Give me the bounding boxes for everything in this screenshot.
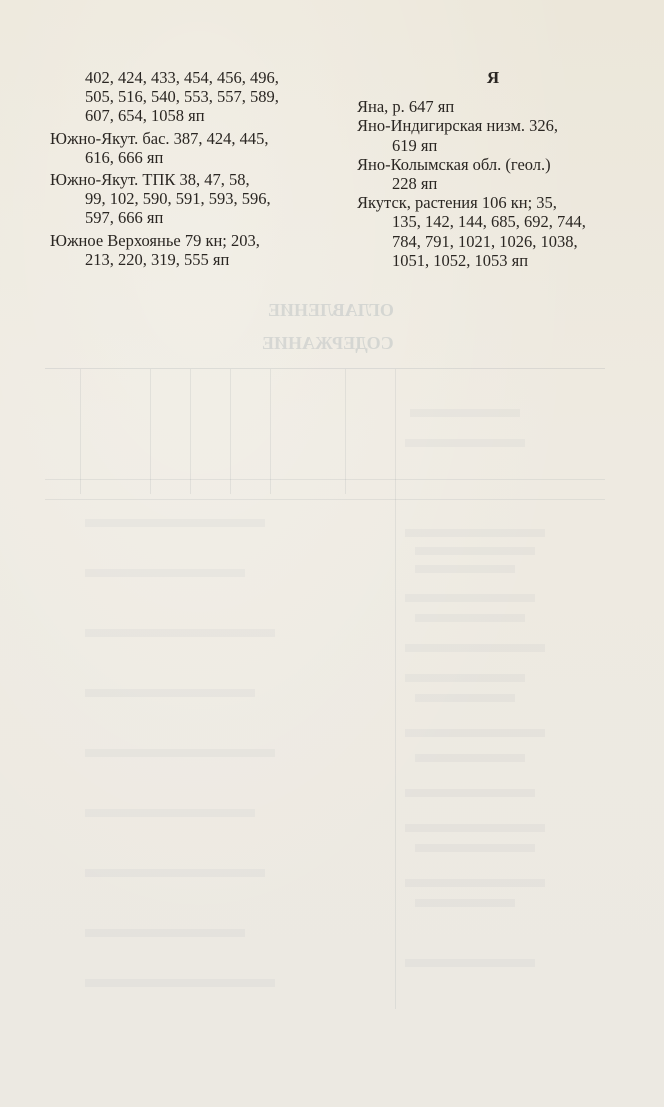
entry-line: 213, 220, 319, 555 яп: [50, 250, 312, 269]
entry-line: 228 яп: [357, 174, 619, 193]
show-through-table: [45, 368, 605, 1009]
entry-line: 99, 102, 590, 591, 593, 596,: [50, 189, 312, 208]
index-entry-yano-kolymskaya: Яно-Колымская обл. (геол.) 228 яп: [357, 155, 619, 193]
entry-line: 616, 666 яп: [50, 148, 312, 167]
index-entry-yuzhno-yakut-bas: Южно-Якут. бас. 387, 424, 445, 616, 666 …: [50, 129, 312, 167]
index-entry-continued: 402, 424, 433, 454, 456, 496, 505, 516, …: [50, 68, 312, 126]
index-column-right: Я Яна, р. 647 яп Яно-Индигирская низм. 3…: [357, 68, 619, 270]
entry-line: 402, 424, 433, 454, 456, 496,: [50, 68, 312, 87]
entry-headword-line: Яна, р. 647 яп: [357, 97, 619, 116]
entry-line: 619 яп: [357, 136, 619, 155]
index-entry-yano-indigirskaya: Яно-Индигирская низм. 326, 619 яп: [357, 116, 619, 154]
book-page: ОГЛАВЛЕНИЕ СОДЕРЖАНИЕ: [0, 0, 664, 1107]
index-column-left: 402, 424, 433, 454, 456, 496, 505, 516, …: [50, 68, 312, 272]
letter-heading: Я: [357, 68, 619, 87]
entry-line: 597, 666 яп: [50, 208, 312, 227]
show-through-heading-1: ОГЛАВЛЕНИЕ: [268, 300, 394, 321]
entry-line: 135, 142, 144, 685, 692, 744,: [357, 212, 619, 231]
entry-line: 607, 654, 1058 яп: [50, 106, 312, 125]
index-entry-yuzhno-yakut-tpk: Южно-Якут. ТПК 38, 47, 58, 99, 102, 590,…: [50, 170, 312, 228]
entry-headword-line: Яно-Индигирская низм. 326,: [357, 116, 619, 135]
entry-line: 505, 516, 540, 553, 557, 589,: [50, 87, 312, 106]
show-through-heading-2: СОДЕРЖАНИЕ: [262, 333, 394, 354]
entry-headword-line: Южное Верхоянье 79 кн; 203,: [50, 231, 312, 250]
entry-headword-line: Южно-Якут. бас. 387, 424, 445,: [50, 129, 312, 148]
index-entry-yana: Яна, р. 647 яп: [357, 97, 619, 116]
entry-headword-line: Южно-Якут. ТПК 38, 47, 58,: [50, 170, 312, 189]
entry-headword-line: Якутск, растения 106 кн; 35,: [357, 193, 619, 212]
index-entry-yuzhnoe-verkhoyanye: Южное Верхоянье 79 кн; 203, 213, 220, 31…: [50, 231, 312, 269]
entry-line: 784, 791, 1021, 1026, 1038,: [357, 232, 619, 251]
index-entry-yakutsk: Якутск, растения 106 кн; 35, 135, 142, 1…: [357, 193, 619, 270]
entry-headword-line: Яно-Колымская обл. (геол.): [357, 155, 619, 174]
entry-line: 1051, 1052, 1053 яп: [357, 251, 619, 270]
